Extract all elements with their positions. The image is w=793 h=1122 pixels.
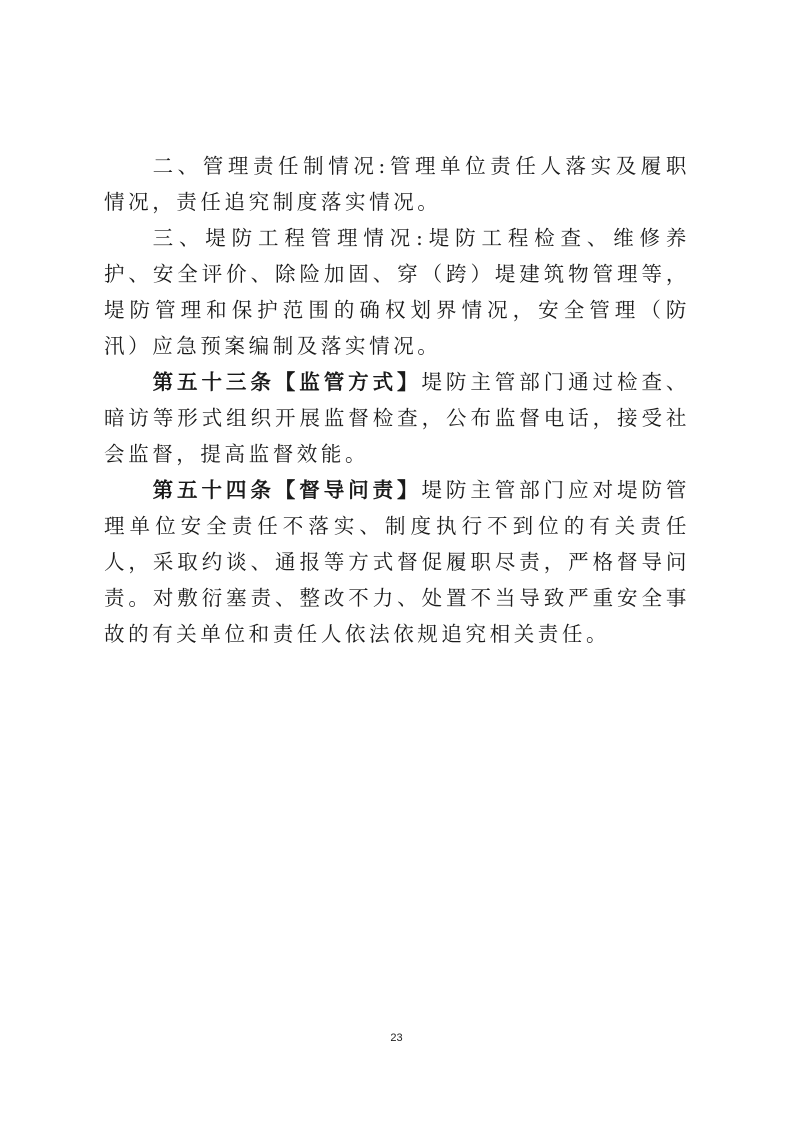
article-title: 第五十四条【督导问责】: [153, 478, 422, 502]
paragraph-item-2: 二、管理责任制情况:管理单位责任人落实及履职情况，责任追究制度落实情况。: [104, 148, 690, 220]
paragraph-text: 三、堤防工程管理情况:堤防工程检查、维修养护、安全评价、除险加固、穿（跨）堤建筑…: [104, 226, 690, 358]
article-text: 堤防主管部门应对堤防管理单位安全责任不落实、制度执行不到位的有关责任人，采取约谈…: [104, 478, 690, 646]
document-body: 二、管理责任制情况:管理单位责任人落实及履职情况，责任追究制度落实情况。 三、堤…: [104, 148, 690, 652]
paragraph-item-3: 三、堤防工程管理情况:堤防工程检查、维修养护、安全评价、除险加固、穿（跨）堤建筑…: [104, 220, 690, 364]
article-title: 第五十三条【监管方式】: [153, 370, 422, 394]
paragraph-text: 二、管理责任制情况:管理单位责任人落实及履职情况，责任追究制度落实情况。: [104, 154, 690, 214]
article-54: 第五十四条【督导问责】堤防主管部门应对堤防管理单位安全责任不落实、制度执行不到位…: [104, 472, 690, 652]
page-number: 23: [0, 1032, 793, 1044]
article-53: 第五十三条【监管方式】堤防主管部门通过检查、暗访等形式组织开展监督检查，公布监督…: [104, 364, 690, 472]
